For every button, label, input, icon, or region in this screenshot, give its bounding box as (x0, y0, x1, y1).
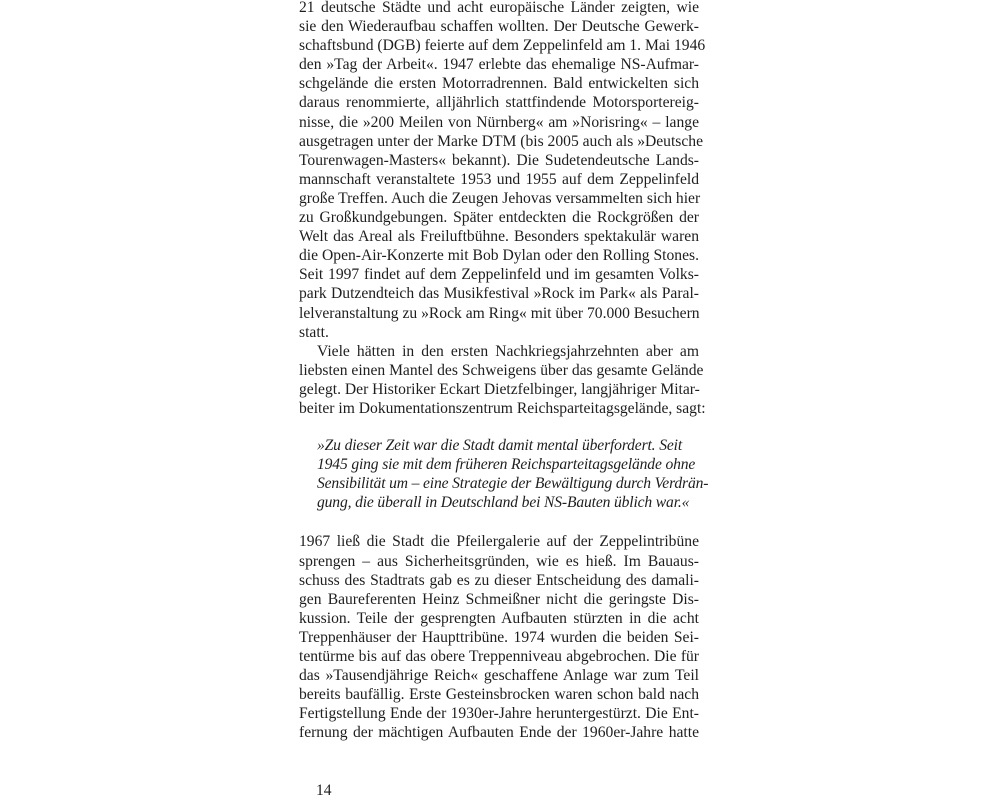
blockquote-dietzfelbinger: »Zu dieser Zeit war die Stadt damit ment… (317, 436, 682, 512)
page-body-text: 21 deutsche Städte und acht europäische … (299, 0, 699, 742)
text-line: Seit 1997 findet auf dem Zeppelinfeld un… (299, 265, 699, 284)
text-line: zu Großkundgebungen. Später entdeckten d… (299, 208, 699, 227)
paragraph-silence: Viele hätten in den ersten Nachkriegsjah… (299, 342, 699, 418)
quote-line: »Zu dieser Zeit war die Stadt damit ment… (317, 436, 682, 455)
paragraph-demolition: 1967 ließ die Stadt die Pfeilergalerie a… (299, 532, 699, 742)
text-line: liebsten einen Mantel des Schweigens übe… (299, 361, 699, 380)
text-line: den »Tag der Arbeit«. 1947 erlebte das e… (299, 55, 699, 74)
text-line: schgelände die ersten Motorradrennen. Ba… (299, 74, 699, 93)
text-line: Viele hätten in den ersten Nachkriegsjah… (299, 342, 699, 361)
text-line: mannschaft veranstaltete 1953 und 1955 a… (299, 170, 699, 189)
text-line: die Open-Air-Konzerte mit Bob Dylan oder… (299, 246, 699, 265)
page-number: 14 (316, 781, 332, 800)
text-line: Tourenwagen-Masters« bekannt). Die Sudet… (299, 151, 699, 170)
paragraph-postwar-events: 21 deutsche Städte und acht europäische … (299, 0, 699, 342)
text-line: 21 deutsche Städte und acht europäische … (299, 0, 699, 17)
text-line: das »Tausendjährige Reich« geschaffene A… (299, 666, 699, 685)
text-line: park Dutzendteich das Musikfestival »Roc… (299, 284, 699, 303)
text-line: fernung der mächtigen Aufbauten Ende der… (299, 723, 699, 742)
text-line: 1967 ließ die Stadt die Pfeilergalerie a… (299, 532, 699, 551)
text-line: beiter im Dokumentationszentrum Reichspa… (299, 399, 699, 418)
text-line: schaftsbund (DGB) feierte auf dem Zeppel… (299, 36, 699, 55)
text-line: sie den Wiederaufbau schaffen wollten. D… (299, 17, 699, 36)
text-line: bereits baufällig. Erste Gesteinsbrocken… (299, 685, 699, 704)
text-line: sprengen – aus Sicherheitsgründen, wie e… (299, 552, 699, 571)
text-line: ausgetragen unter der Marke DTM (bis 200… (299, 132, 699, 151)
text-line: statt. (299, 323, 699, 342)
text-line: kussion. Teile der gesprengten Aufbauten… (299, 609, 699, 628)
text-line: große Treffen. Auch die Zeugen Jehovas v… (299, 189, 699, 208)
quote-line: Sensibilität um – eine Strategie der Bew… (317, 474, 682, 493)
text-line: Fertigstellung Ende der 1930er-Jahre her… (299, 704, 699, 723)
text-line: nisse, die »200 Meilen von Nürnberg« am … (299, 113, 699, 132)
quote-line: 1945 ging sie mit dem früheren Reichspar… (317, 455, 682, 474)
text-line: schuss des Stadtrats gab es zu dieser En… (299, 571, 699, 590)
text-line: Welt das Areal als Freiluftbühne. Besond… (299, 227, 699, 246)
text-line: tentürme bis auf das obere Treppenniveau… (299, 647, 699, 666)
text-line: lelveranstaltung zu »Rock am Ring« mit ü… (299, 304, 699, 323)
quote-line: gung, die überall in Deutschland bei NS-… (317, 493, 682, 512)
text-line: daraus renommierte, alljährlich stattfin… (299, 93, 699, 112)
text-line: Treppenhäuser der Haupttribüne. 1974 wur… (299, 628, 699, 647)
text-line: gelegt. Der Historiker Eckart Dietzfelbi… (299, 380, 699, 399)
text-line: gen Baureferenten Heinz Schmeißner nicht… (299, 590, 699, 609)
